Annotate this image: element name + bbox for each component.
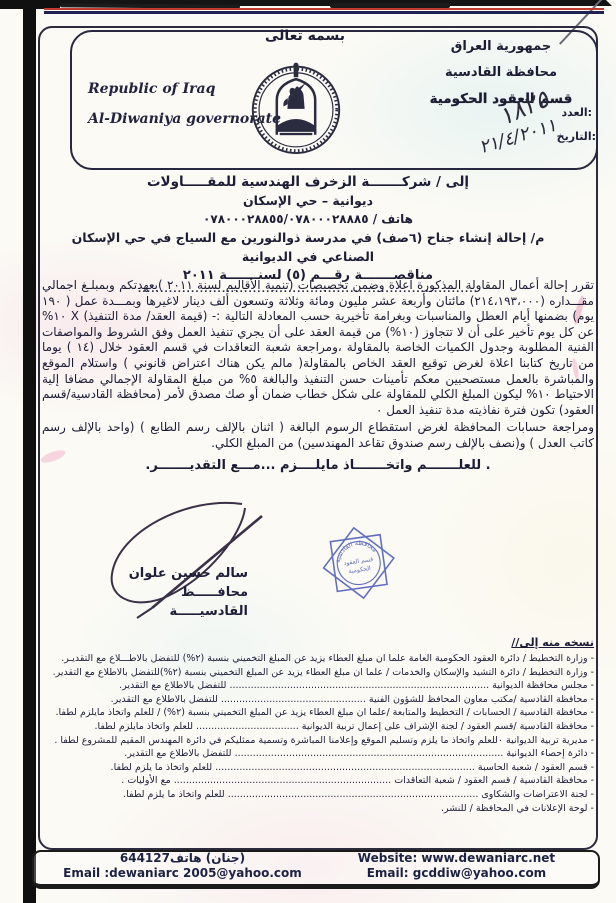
document-number-label: العدد: bbox=[561, 106, 592, 119]
scanned-official-letter: Republic of Iraq Al-Diwaniya governorate… bbox=[0, 0, 616, 903]
addressee-phone: هاتف / ٠٧٨٠٠٠٢٨٨٥٥/٠٧٨٠٠٠٢٨٨٨٥ bbox=[52, 210, 564, 228]
signer-name: سالم حسين علوان bbox=[118, 564, 248, 583]
addressee-block: إلى / شركـــــــة الزخرف الهندسية للمقــ… bbox=[52, 173, 564, 295]
copy-list-item: - مديرية تربية الديوانية ٠للعلم واتخاذ م… bbox=[40, 734, 594, 748]
copy-list-item: - قسم العقود / شعبة الحاسبة ............… bbox=[40, 761, 594, 775]
letterhead-arabic: جمهورية العراق محافظة القادسية قسم العقو… bbox=[416, 34, 586, 112]
copy-list-item: - محافظة القادسية /مكتب معاون المحافظ لل… bbox=[40, 693, 594, 707]
signer-block: سالم حسين علوان محافـــــظ القادسيـــــة bbox=[118, 564, 248, 621]
copy-list-item: - وزارة التخطيط / دائرة التشيد والإسكان … bbox=[40, 666, 594, 680]
copies-title: نسخه منه إلى// bbox=[40, 636, 594, 649]
official-stamp-icon: محافظة القادسية قسم العقود الحكومية bbox=[310, 514, 408, 615]
addressee-company: إلى / شركـــــــة الزخرف الهندسية للمقــ… bbox=[52, 173, 564, 192]
copy-list-item: - دائرة إحصاء الديوانية ................… bbox=[40, 747, 594, 761]
signer-title: محافـــــظ القادسيـــــة bbox=[118, 583, 248, 621]
copies-list: نسخه منه إلى// - وزارة التخطيط / دائرة ا… bbox=[40, 636, 594, 815]
country-name-arabic: جمهورية العراق bbox=[416, 34, 586, 60]
top-rule-navy bbox=[44, 11, 604, 14]
top-rule-red bbox=[44, 8, 604, 10]
governorate-seal-icon bbox=[248, 56, 344, 160]
footer-website: Website: www.dewaniarc.net bbox=[325, 851, 588, 866]
stamp-center-text-2: الحكومية bbox=[348, 565, 371, 575]
copy-list-item: - محافظة القادسية / قسم العقود / شعبة ال… bbox=[40, 774, 594, 788]
closing-line: . للعلـــــــم واتخـــــــاذ مايلــــزم … bbox=[42, 458, 594, 474]
document-date-label: التاريخ: bbox=[557, 130, 596, 143]
page-fold-corner bbox=[588, 0, 616, 28]
footer-email-2: Email: gcddiw@yahoo.com bbox=[325, 866, 588, 881]
basmala-text: بسمه تعالى bbox=[240, 28, 370, 44]
footer-contact-block: (جنان) هاتف644127 Website: www.dewaniarc… bbox=[40, 851, 588, 881]
copy-list-item: - وزارة التخطيط / دائرة العقود الحكومية … bbox=[40, 652, 594, 666]
scan-edge-left bbox=[23, 0, 36, 903]
body-paragraph-2: ومراجعة حسابات المحافظة لغرض استقطاع الر… bbox=[42, 420, 594, 451]
subject-line: م/ إحالة إنشاء جناح (٦صف) في مدرسة ذوالن… bbox=[52, 228, 564, 266]
copy-list-item: - محافظة القادسية / الحسابات / التخطيط و… bbox=[40, 706, 594, 720]
copy-list-item: - محافظة القادسية /قسم العقود / لجنة الإ… bbox=[40, 720, 594, 734]
addressee-address: ديوانية – حي الإسكان bbox=[52, 192, 564, 210]
copy-list-item: - لجنة الاعتراضات والشكاوى .............… bbox=[40, 788, 594, 802]
copy-list-item: - لوحة الإعلانات في المحافظة / للنشر. bbox=[40, 802, 594, 816]
governorate-name-arabic: محافظة القادسية bbox=[416, 60, 586, 86]
copy-list-item: - مجلس محافظة الديوانية ................… bbox=[40, 679, 594, 693]
letter-body: تقرر إحالة أعمال المقاولة المذكورة اعلاة… bbox=[42, 278, 594, 473]
footer-phone: (جنان) هاتف644127 bbox=[40, 851, 325, 866]
footer-email-1: Email :dewaniarc 2005@yahoo.com bbox=[40, 866, 325, 881]
body-paragraph-1: تقرر إحالة أعمال المقاولة المذكورة اعلاة… bbox=[42, 278, 594, 418]
